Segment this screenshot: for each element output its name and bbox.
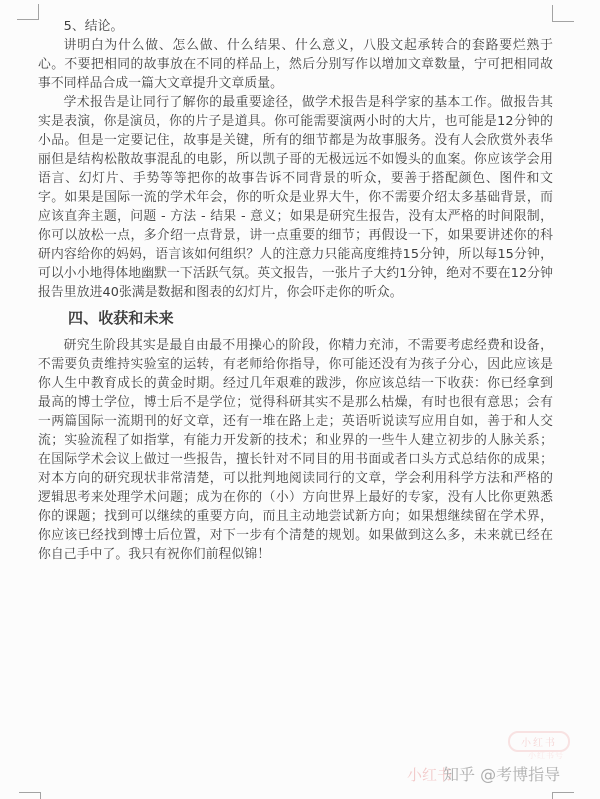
paragraph-conclusion-label: 5、结论。 xyxy=(38,17,553,36)
paragraph-graduate-stage: 研究生阶段其实是最自由最不用操心的阶段，你精力充沛，不需要考虑经费和设备，不需要… xyxy=(38,336,553,564)
paragraph-conclusion-body: 讲明白为什么做、怎么做、什么结果、什么意义，八股文起承转合的套路要烂熟于心。不要… xyxy=(38,36,553,93)
xiaohongshu-badge-label: 小红书 xyxy=(521,734,557,749)
xiaohongshu-badge-subtext: 小红书号 xyxy=(528,750,564,761)
paragraph-academic-presentation: 学术报告是让同行了解你的最重要途径，做学术报告是科学家的基本工作。做报告其实是表… xyxy=(38,93,553,302)
zhihu-watermark-text: 知乎 @考博指导 xyxy=(443,762,560,785)
xiaohongshu-badge-watermark: 小红书 xyxy=(508,731,570,752)
crop-mark-bottom-left-icon xyxy=(19,792,41,799)
crop-mark-top-right-icon xyxy=(552,5,574,22)
document-page: 5、结论。 讲明白为什么做、怎么做、什么结果、什么意义，八股文起承转合的套路要烂… xyxy=(0,0,600,799)
document-text-block: 5、结论。 讲明白为什么做、怎么做、什么结果、什么意义，八股文起承转合的套路要烂… xyxy=(38,17,553,564)
section-heading-gains-and-future: 四、收获和未来 xyxy=(38,308,553,328)
crop-mark-top-left-icon xyxy=(17,4,39,20)
crop-mark-bottom-right-icon xyxy=(552,792,574,799)
